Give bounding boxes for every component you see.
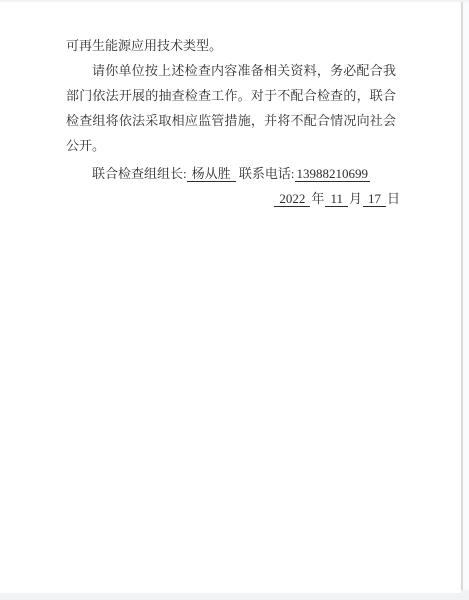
paragraph-continuation: 可再生能源应用技术类型。 [66, 33, 396, 58]
leader-label: 联合检查组组长: [92, 166, 187, 181]
document-page: 可再生能源应用技术类型。 请你单位按上述检查内容准备相关资料，务必配合我部门依法… [0, 2, 461, 593]
date-month-underlined: 11 [325, 191, 348, 207]
date-day-underlined: 17 [363, 191, 386, 207]
date-line: 2022年11月17日 [66, 186, 400, 211]
document-body: 可再生能源应用技术类型。 请你单位按上述检查内容准备相关资料，务必配合我部门依法… [66, 33, 396, 211]
leader-name-underlined: 杨从胜 [187, 166, 236, 182]
page-right-margin [463, 2, 469, 590]
date-month-unit: 月 [349, 191, 362, 206]
date-day-unit: 日 [387, 191, 400, 206]
leader-line: 联合检查组组长:杨从胜 联系电话:13988210699 [66, 161, 396, 186]
date-year-underlined: 2022 [274, 191, 310, 207]
paragraph-notice: 请你单位按上述检查内容准备相关资料，务必配合我部门依法开展的抽查检查工作。对于不… [66, 58, 396, 158]
phone-number-underlined: 13988210699 [295, 166, 371, 182]
phone-label: 联系电话: [239, 166, 295, 181]
date-year-unit: 年 [311, 191, 324, 206]
